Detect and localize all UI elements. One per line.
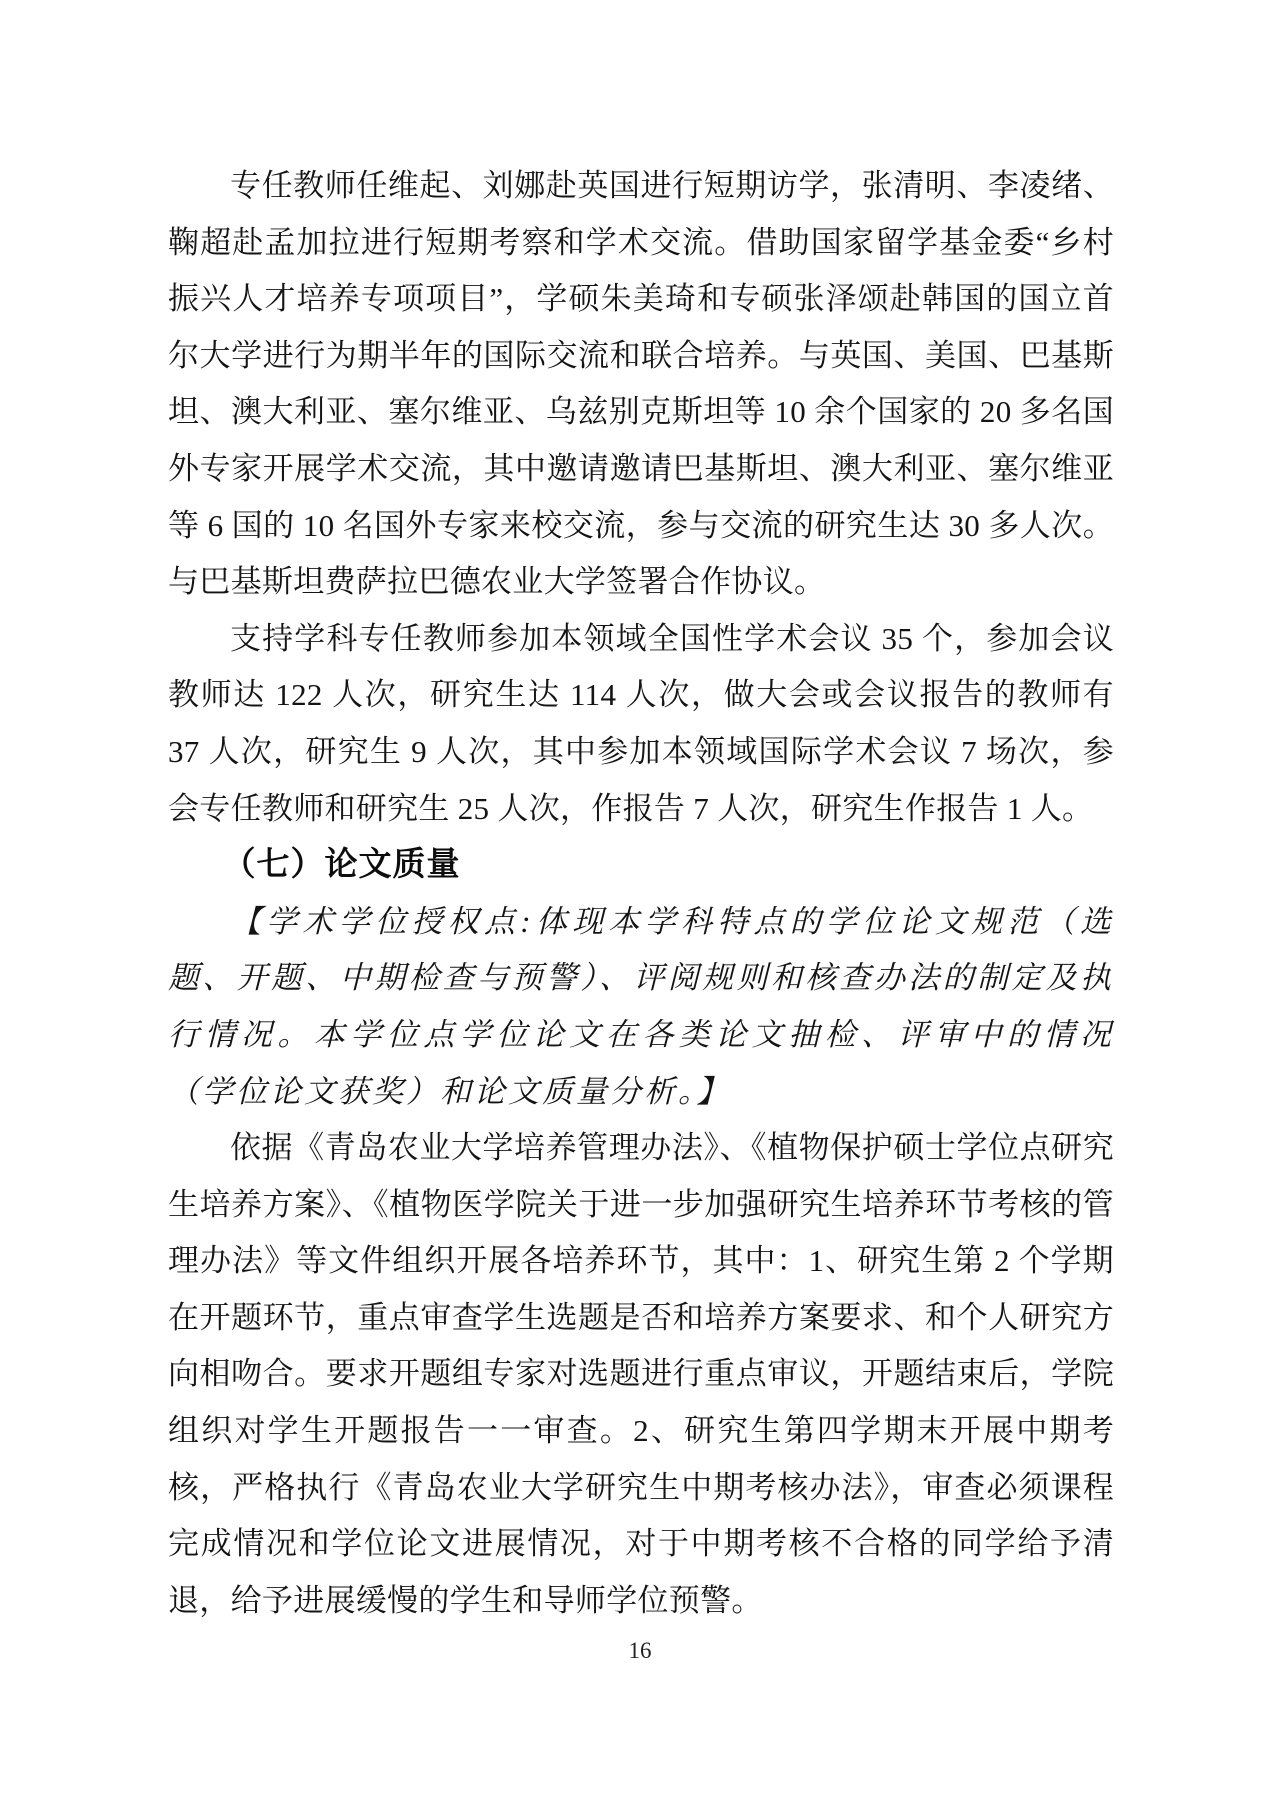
paragraph-training-process: 依据《青岛农业大学培养管理办法》、《植物保护硕士学位点研究生培养方案》、《植物医…: [168, 1120, 1114, 1629]
text-body: 专任教师任维起、刘娜赴英国进行短期访学，张清明、李凌绪、鞠超赴孟加拉进行短期考察…: [168, 0, 1114, 1629]
document-page: 专任教师任维起、刘娜赴英国进行短期访学，张清明、李凌绪、鞠超赴孟加拉进行短期考察…: [0, 0, 1280, 1811]
section-heading-thesis-quality: （七）论文质量: [168, 837, 1114, 894]
paragraph-guideline-note: 【学术学位授权点:体现本学科特点的学位论文规范（选题、开题、中期检查与预警）、评…: [168, 894, 1114, 1120]
page-number: 16: [0, 1638, 1280, 1664]
paragraph-international-exchange: 专任教师任维起、刘娜赴英国进行短期访学，张清明、李凌绪、鞠超赴孟加拉进行短期考察…: [168, 158, 1114, 611]
paragraph-academic-conferences: 支持学科专任教师参加本领域全国性学术会议 35 个，参加会议教师达 122 人次…: [168, 611, 1114, 837]
